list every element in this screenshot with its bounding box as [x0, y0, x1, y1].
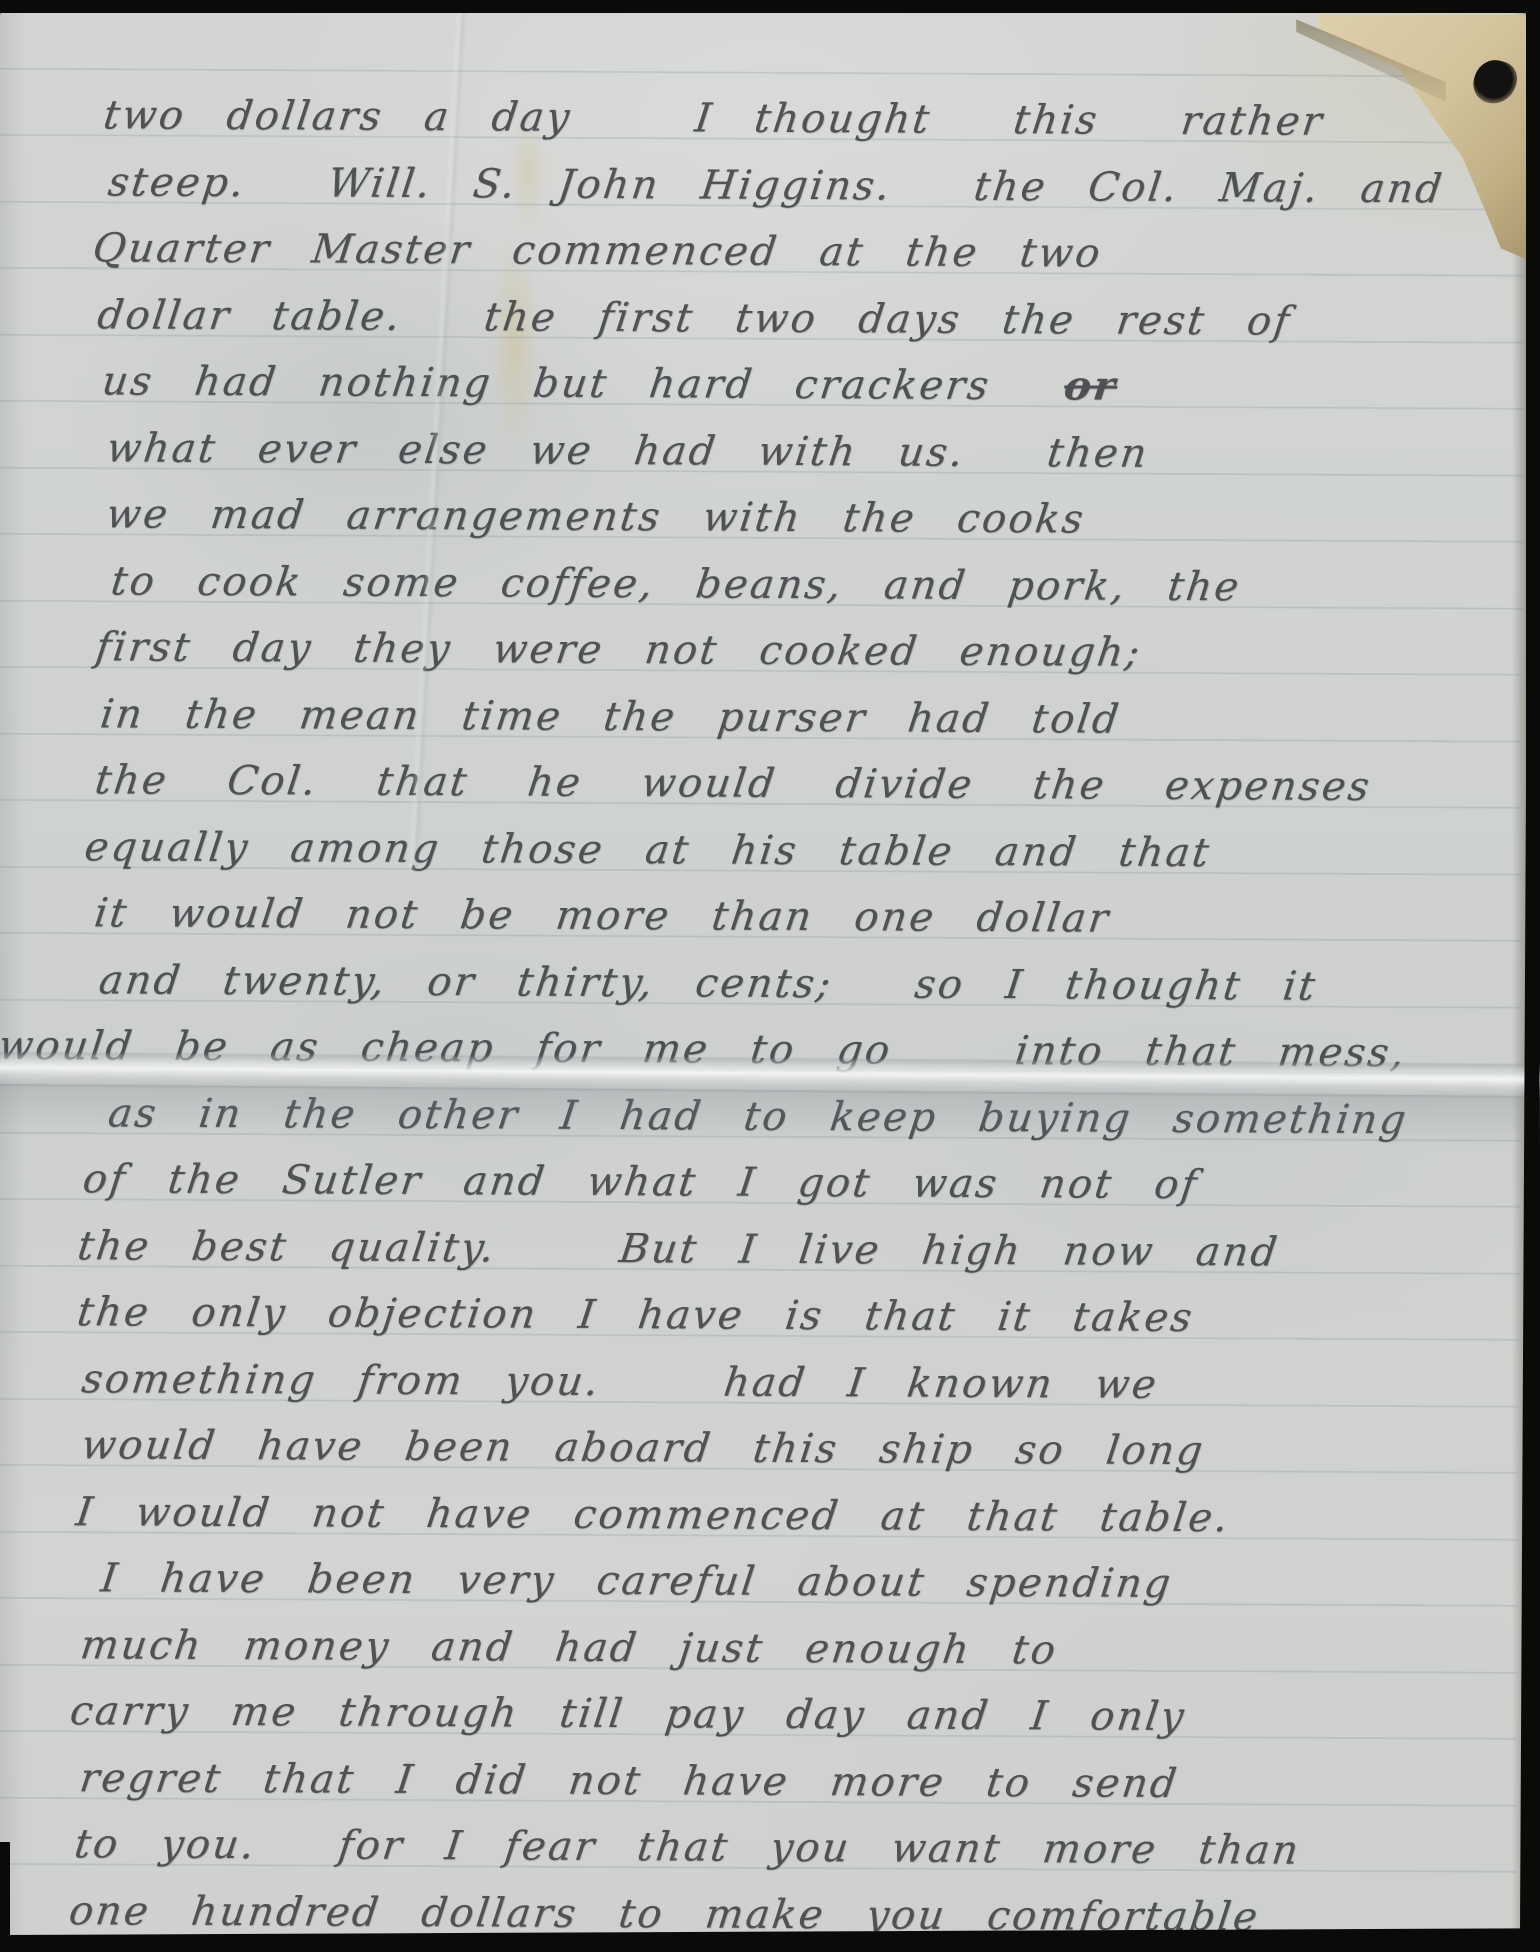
letter-line-text: of the Sutler and what I got was not of [79, 1146, 1203, 1218]
letter-line: carry me through till pay day and I only [0, 1678, 1517, 1752]
letter-line: two dollars a day I thought this rather [0, 82, 1526, 156]
letter-line: steep. Will. S. John Higgins. the Col. M… [0, 148, 1525, 222]
letter-line: to you. for I fear that you want more th… [0, 1811, 1517, 1885]
letter-line-text: Quarter Master commenced at the two [89, 215, 1106, 287]
letter-line-text: much money and had just enough to [76, 1612, 1061, 1684]
letter-line: to cook some coffee, beans, and pork, th… [0, 547, 1523, 621]
letter-line-text: the only objection I have is that it tak… [73, 1279, 1198, 1351]
letter-line-text: two dollars a day I thought this rather [99, 82, 1328, 155]
letter-line-text: I would not have commenced at that table… [72, 1479, 1234, 1551]
letter-line: much money and had just enough to [0, 1611, 1518, 1685]
letter-line: we mad arrangements with the cooks [0, 481, 1524, 555]
letter-line: what ever else we had with us. then [0, 414, 1524, 488]
letter-line: I would not have commenced at that table… [0, 1478, 1519, 1552]
letter-line: it would not be more than one dollar [0, 880, 1522, 954]
letter-line-text: carry me through till pay day and I only [66, 1678, 1190, 1750]
letter-line-text: dollar table. the first two days the res… [93, 282, 1295, 355]
letter-line: equally among those at his table and tha… [0, 813, 1522, 887]
scanned-letter: two dollars a day I thought this rather … [0, 0, 1540, 1952]
letter-line: us had nothing but hard crackersor [0, 348, 1524, 422]
letter-line: the only objection I have is that it tak… [0, 1279, 1520, 1353]
letter-line-text: would have been aboard this ship so long [78, 1412, 1209, 1484]
letter-text: two dollars a day I thought this rather … [0, 82, 1526, 1952]
letter-line: regret that I did not have more to send [0, 1744, 1517, 1818]
letter-line: and twenty, or thirty, cents; so I thoug… [0, 946, 1521, 1020]
paper-sheet: two dollars a day I thought this rather … [0, 12, 1526, 1936]
letter-line-text: what ever else we had with us. then [103, 415, 1153, 487]
letter-line-text: us had nothing but hard crackers [98, 348, 995, 419]
letter-line-text: something from you. had I known we [78, 1346, 1163, 1418]
letter-line-text: regret that I did not have more to send [76, 1745, 1183, 1817]
scan-edge-left-bottom [0, 1842, 10, 1952]
letter-line-text: the Col. that he would divide the expens… [91, 747, 1375, 820]
letter-line: would have been aboard this ship so long [0, 1412, 1519, 1486]
letter-line: dollar table. the first two days the res… [0, 281, 1525, 355]
letter-line-text: to you. for I fear that you want more th… [70, 1811, 1304, 1884]
struck-word: or [1060, 353, 1121, 420]
letter-line-text: equally among those at his table and tha… [81, 814, 1215, 886]
letter-line-text: to cook some coffee, beans, and pork, th… [107, 548, 1245, 620]
letter-line: the best quality. But I live high now an… [0, 1212, 1520, 1286]
letter-line-text: I have been very careful about spending [97, 1545, 1177, 1617]
letter-line-text: and twenty, or thirty, cents; so I thoug… [95, 947, 1321, 1020]
letter-line: of the Sutler and what I got was not of [0, 1146, 1520, 1220]
letter-line: something from you. had I known we [0, 1345, 1519, 1419]
letter-line-text: it would not be more than one dollar [90, 880, 1114, 952]
letter-line-text: we mad arrangements with the cooks [102, 481, 1089, 553]
letter-line-text: in the mean time the purser had told [96, 681, 1124, 753]
letter-line-text: steep. Will. S. John Higgins. the Col. M… [104, 149, 1448, 222]
letter-line: Quarter Master commenced at the two [0, 215, 1525, 289]
letter-line-text: the best quality. But I live high now an… [74, 1213, 1284, 1286]
writing-plane: two dollars a day I thought this rather … [0, 12, 1526, 1944]
letter-line: first day they were not cooked enough; [0, 614, 1523, 688]
scan-edge-top [0, 0, 1540, 13]
letter-line: the Col. that he would divide the expens… [0, 747, 1522, 821]
letter-line: in the mean time the purser had told [0, 680, 1523, 754]
letter-line-text: first day they were not cooked enough; [92, 614, 1146, 686]
letter-line: I have been very careful about spending [0, 1545, 1518, 1619]
